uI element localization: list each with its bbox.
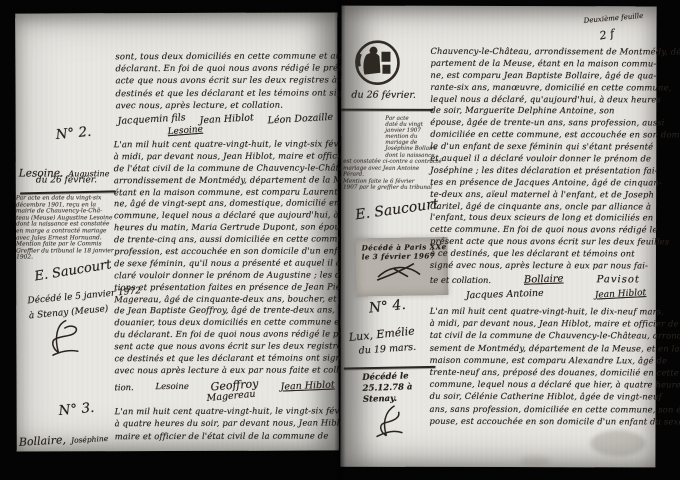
margin-rule: [341, 109, 433, 112]
signature: Jean Hiblot: [199, 112, 254, 126]
handwritten-line: te-deux ans, aïeul maternel à l'enfant, …: [430, 189, 654, 201]
handwritten-line: Chauvency-le-Château, arrondissement de …: [430, 46, 654, 58]
act3-number: N° 3.: [58, 400, 95, 419]
signature: Léon Dozaille: [268, 112, 334, 127]
handwritten-line: L'an mil huit cent quatre-vingt-huit, le…: [430, 306, 656, 319]
handwritten-line: signé avec nous, après lecture à eux par…: [430, 260, 654, 272]
handwritten-line: à midi, par devant nous, Jean Hiblot, ma…: [430, 318, 656, 331]
handwritten-line: avec nous, après lecture, et collation.: [116, 100, 336, 113]
act2-signature-row: tion. Lesoine Geoffroy Jean Hiblot: [115, 378, 335, 392]
handwritten-line: 1907 par le greffier du tribunal: [343, 185, 435, 192]
handwritten-line: partement de la Meuse, étant en la maiso…: [430, 58, 654, 70]
handwritten-line: Joséphine Bollaire: [385, 146, 435, 152]
act3-body-continuation: Chauvency-le-Château, arrondissement de …: [430, 46, 655, 273]
handwritten-line: sent acte que nous avons écrit sur les d…: [114, 341, 336, 354]
sheet-number-flourish: 2 f: [599, 27, 616, 42]
handwritten-line: le d'un enfant de sexe féminin qui s'éta…: [430, 141, 654, 153]
handwritten-line: maire et officier de l'état civil de la …: [115, 430, 337, 443]
handwritten-line: trente-neuf ans, préposé des douanes, do…: [430, 367, 656, 380]
handwritten-line: est constatée ci-contre a contracté: [343, 159, 435, 166]
act3-marriage-mention-top: Par actedaté du vingtjanvier 1907mention…: [385, 116, 435, 159]
handwritten-line: l'enfant, tous deux scieurs de long et d…: [430, 212, 654, 224]
handwritten-line: commune, lequel nous a déclaré que hier,…: [430, 379, 656, 392]
handwritten-line: heures du matin, Maria Gertrude Dupont, …: [114, 222, 336, 235]
handwritten-line: cette commune. En foi de quoi nous avons…: [430, 224, 654, 236]
archival-register-scan: sont, tous deux domiciliés en cette comm…: [0, 0, 680, 480]
handwritten-line: épouse, âgée de trente-un ans, sans prof…: [430, 117, 654, 129]
act3-surname: Bollaire,: [19, 433, 67, 449]
closing-word: te et collation.: [430, 275, 491, 285]
signature: Pavisot: [597, 274, 640, 285]
handwritten-line: domiciliée en cette commune, est accouch…: [430, 129, 654, 141]
signature: Lesoine: [155, 382, 188, 392]
handwritten-line: acte que nous avons écrit sur les deux r…: [115, 76, 335, 89]
margin-note-signature: E. Saucourt: [354, 196, 439, 223]
margin-rule: [344, 366, 436, 370]
handwritten-line: du soir, Célénie Catherine Hiblot, âgée …: [430, 391, 656, 404]
handwritten-line: tions et présentation faites en présence…: [114, 281, 336, 294]
act4-number: N° 4.: [368, 297, 407, 317]
paraph-flourish-icon: [374, 404, 404, 440]
handwritten-line: arrondissement de Montmédy, département …: [114, 174, 336, 187]
act1-signature-row: Jacquemin filsJean HiblotLéon Dozaille: [118, 113, 334, 125]
act3-signature-row: te et collation. Bollaire Pavisot: [430, 274, 640, 286]
handwritten-line: profession, est accouchée en son domicil…: [114, 245, 336, 258]
handwritten-line: de soir, Marguerite Delphine Antoine, so…: [430, 105, 654, 117]
paraph-flourish-icon: [48, 318, 82, 358]
act3-margin-date: du 26 février.: [351, 90, 416, 101]
act4-death-note: Décédé le25.12.78 àStenay.: [362, 371, 433, 406]
handwritten-line: Joséphine ; les dites déclaration et pré…: [430, 165, 654, 177]
signature: Lesoine: [167, 125, 203, 138]
act3-margin-name: Bollaire, Joséphine: [18, 426, 108, 450]
handwritten-line: maison commune, est comparu Alexandre Lu…: [430, 355, 656, 368]
handwritten-line: pouse, est accouchée en son domicile d'u…: [429, 416, 655, 429]
act2-number: N° 2.: [55, 124, 92, 143]
right-page: Deuxième feuille 2 f du 26 février. Par …: [340, 6, 656, 468]
act3-firstname: Joséphine: [71, 434, 109, 445]
handwritten-line: commune, lequel nous a déclaré que aujou…: [114, 210, 336, 223]
act4-margin-date: du 19 mars.: [358, 342, 416, 357]
handwritten-line: destinés et que les déclarant et les tém…: [115, 88, 335, 101]
handwritten-line: ans, sans profession, domiciliée en cett…: [430, 403, 656, 416]
handwritten-line: tat civil de la commune de Chauvency-le-…: [430, 330, 656, 343]
scan-smudge: [590, 430, 645, 456]
handwritten-line: à ce destinés, que les déclarant et témo…: [430, 248, 654, 260]
left-page: sont, tous deux domiciliés en cette comm…: [15, 12, 339, 451]
handwritten-line: ne, est comparu Jean Baptiste Bollaire, …: [430, 70, 654, 82]
handwritten-line: lequel nous a déclaré, qu'aujourd'hui, à…: [430, 93, 654, 105]
act3-marriage-mention-bottom: est constatée ci-contre a contractémaria…: [343, 159, 435, 192]
handwritten-line: de trente-cinq ans, aussi domiciliée en …: [114, 234, 336, 247]
handwritten-line: sont, tous deux domiciliés en cette comm…: [115, 51, 335, 64]
handwritten-line: du déclarant. En foi de quoi nous avons …: [114, 329, 336, 342]
handwritten-line: tes en présence de Jacques Antoine, âgé …: [430, 177, 654, 189]
handwritten-line: et auquel il a déclaré vouloir donner le…: [430, 153, 654, 165]
sheet-corner-note: Deuxième feuille: [583, 12, 643, 25]
handwritten-line: avec nous après lecture à eux par nous f…: [114, 364, 336, 377]
handwritten-line: sement de Montmédy, département de la Me…: [430, 342, 656, 355]
signature: Jacques Antoine: [466, 288, 544, 302]
revenue-stamp-icon: [353, 39, 401, 87]
handwritten-line: claré vouloir donner le prénom de August…: [114, 269, 336, 282]
signature: Jean Hiblot: [594, 288, 646, 302]
handwritten-line: dont la naissance: [385, 152, 435, 158]
act2-marriage-mention-note: Par acte en date du vingt-sixdécembre 19…: [16, 195, 126, 261]
act2-margin-date: du 26 février.: [36, 175, 97, 185]
margin-rule: [20, 190, 116, 194]
signature: Jean Hiblot: [280, 380, 335, 393]
page-gutter: [334, 0, 346, 480]
handwritten-line: de l'état civil de la commune de Chauven…: [114, 162, 336, 175]
act4-body: L'an mil huit cent quatre-vingt-huit, le…: [429, 306, 655, 428]
closing-word: tion.: [115, 382, 134, 392]
act4-margin-name: Lux, Emélie: [348, 324, 415, 344]
act2-body: L'an mil huit cent quatre-vingt-huit, le…: [114, 138, 337, 377]
paraph-flourish-icon: [374, 260, 424, 283]
signature: Jacquemin fils: [117, 112, 186, 127]
handwritten-line: rante-six ans, manœuvre, domicilié en ce…: [430, 81, 654, 93]
handwritten-line: à midi, par devant nous, Jean Hiblot, ma…: [114, 150, 336, 163]
signature: Bollaire: [524, 273, 564, 285]
handwritten-line: présent acte que nous avons écrit sur le…: [430, 236, 654, 248]
scan-smudge: [520, 456, 550, 466]
handwritten-line: à quatre heures du soir, par devant nous…: [115, 418, 337, 431]
act3-body-start: L'an mil huit cent quatre-vingt-huit, le…: [115, 405, 337, 443]
handwritten-line: de sexe féminin, qu'il nous a présenté e…: [114, 257, 336, 270]
act3-signature-row-2: Jacques Antoine Jean Hiblot: [466, 289, 646, 300]
handwritten-line: L'an mil huit cent quatre-vingt-huit, le…: [114, 138, 336, 151]
handwritten-line: ce destinés et que les déclarant et témo…: [114, 352, 336, 365]
act1-closing-paragraph: sont, tous deux domiciliés en cette comm…: [115, 51, 335, 113]
